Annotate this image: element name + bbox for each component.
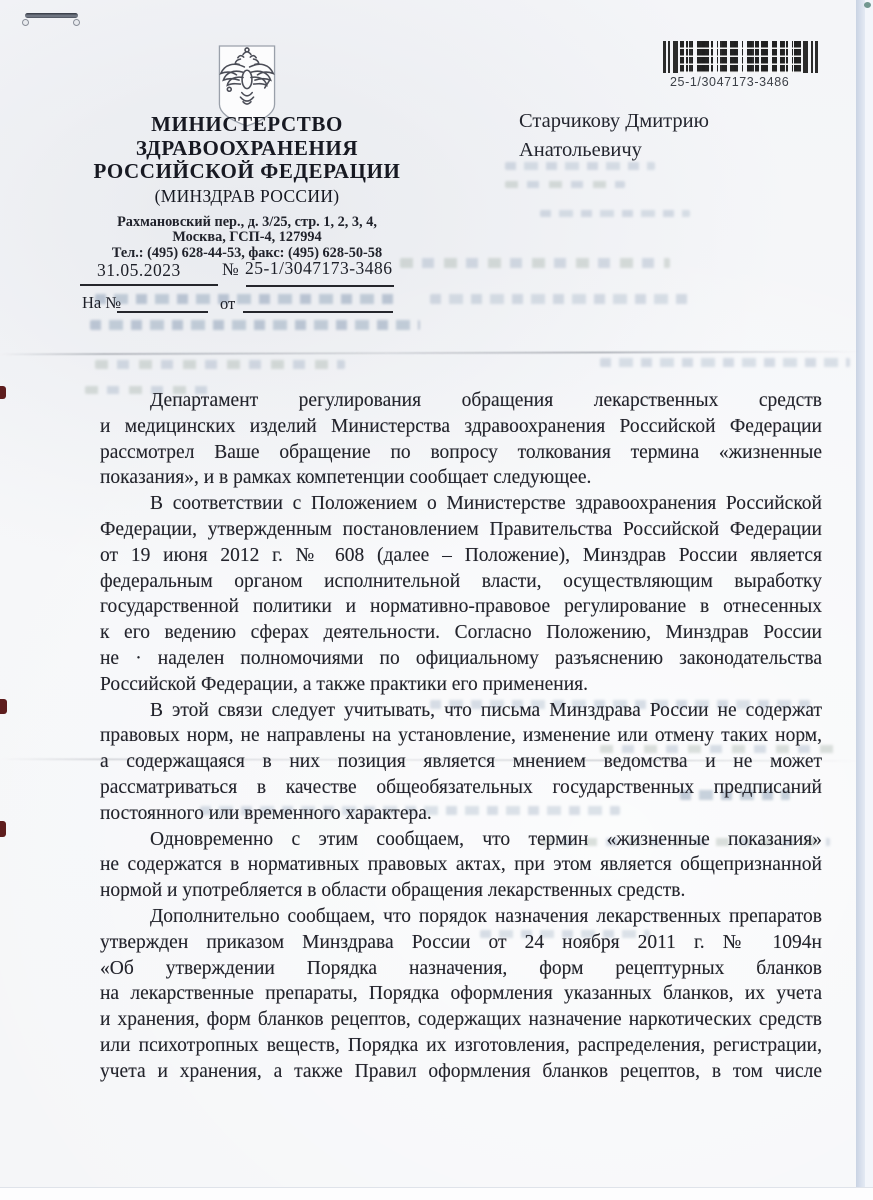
barcode-data-bars: [680, 41, 801, 73]
bleed-through-artifact: [430, 294, 690, 304]
body-line: не · наделен полномочиями по официальном…: [100, 648, 822, 674]
bleed-through-artifact: [90, 320, 420, 330]
recipient-line: Анатольевичу: [519, 136, 709, 165]
paper-fold-crease: [0, 351, 860, 356]
ministry-name-line: МИНИСТЕРСТВО: [40, 113, 454, 137]
body-line: утвержден приказом Минздрава России от 2…: [100, 932, 822, 958]
ministry-name-line: РОССИЙСКОЙ ФЕДЕРАЦИИ: [40, 160, 454, 184]
address-line: Рахмановский пер., д. 3/25, стр. 1, 2, 3…: [40, 215, 454, 231]
reply-number-underline: [117, 311, 208, 313]
body-line: и медицинских изделий Министерства здрав…: [100, 416, 822, 442]
scan-edge-mark: [0, 386, 6, 399]
paragraph: В этой связи следует учитывать, что пись…: [100, 700, 822, 829]
letter-date: 31.05.2023: [97, 260, 181, 281]
body-line: В этой связи следует учитывать, что пись…: [100, 700, 822, 726]
barcode-start-bars: [663, 41, 680, 73]
body-line: показания», и в рамках компетенции сообщ…: [100, 467, 822, 493]
paragraph: Дополнительно сообщаем, что порядок назн…: [100, 906, 822, 1087]
barcode-icon: [663, 41, 818, 73]
ministry-name-line: ЗДРАВООХРАНЕНИЯ: [40, 137, 454, 161]
letter-number: 25-1/3047173-3486: [245, 258, 393, 279]
body-line: постоянного или временного характера.: [100, 803, 822, 829]
reply-to-label: На №: [82, 293, 121, 313]
body-line: государственной политики и нормативно-пр…: [100, 596, 822, 622]
body-line: В соответствии с Положением о Министерст…: [100, 493, 822, 519]
bleed-through-artifact: [505, 181, 625, 188]
staple-leg-mark: [22, 19, 29, 26]
body-line: правовых норм, не направлены на установл…: [100, 725, 822, 751]
bleed-through-artifact: [95, 360, 345, 369]
paragraph: Одновременно с этим сообщаем, что термин…: [100, 829, 822, 906]
recipient-line: Старчикову Дмитрию: [519, 107, 709, 136]
address-line: Москва, ГСП-4, 127994: [40, 230, 454, 246]
body-line: не содержатся в нормативных правовых акт…: [100, 854, 822, 880]
body-line: Федерации, утвержденным постановлением П…: [100, 519, 822, 545]
bleed-through-artifact: [540, 210, 690, 217]
bleed-through-artifact: [600, 358, 850, 367]
reply-date-underline: [243, 311, 393, 313]
body-line: Одновременно с этим сообщаем, что термин…: [100, 829, 822, 855]
body-line: федеральным органом исполнительной власт…: [100, 571, 822, 597]
paragraph: В соответствии с Положением о Министерст…: [100, 493, 822, 699]
body-line: «Об утверждении Порядка назначения, форм…: [100, 958, 822, 984]
barcode-number: 25-1/3047173-3486: [663, 75, 830, 89]
scan-edge-mark: [0, 699, 7, 714]
date-underline: [80, 284, 218, 286]
scan-bottom-edge: [0, 1187, 873, 1200]
staple-leg-mark: [73, 19, 80, 26]
scanned-letter-page: МИНИСТЕРСТВО ЗДРАВООХРАНЕНИЯ РОССИЙСКОЙ …: [0, 0, 873, 1200]
bleed-through-artifact: [95, 294, 395, 304]
reply-date-label: от: [220, 294, 235, 314]
body-line: к его ведению сферах деятельности. Согла…: [100, 622, 822, 648]
staple-mark: [25, 13, 78, 18]
body-line: на лекарственные препараты, Порядка офор…: [100, 983, 822, 1009]
body-line: и хранения, форм бланков рецептов, содер…: [100, 1009, 822, 1035]
body-line: рассмотрел Ваше обращение по вопросу тол…: [100, 442, 822, 468]
body-line: Российской Федерации, а также практики е…: [100, 674, 822, 700]
paragraph: Департамент регулирования обращения лека…: [100, 390, 822, 493]
barcode-stop-bars: [801, 41, 818, 73]
body-line: или психотропных веществ, Порядка их изг…: [100, 1035, 822, 1061]
scan-right-edge-paper: [865, 0, 873, 1200]
letter-body: Департамент регулирования обращения лека…: [100, 390, 822, 1087]
scan-right-edge-band: [856, 0, 865, 1200]
body-line: учета и хранения, а также Правил оформле…: [100, 1061, 822, 1087]
scan-edge-mark: [0, 821, 6, 837]
scan-speck: [864, 2, 871, 8]
body-line: а содержащаяся в них позиция является мн…: [100, 751, 822, 777]
recipient-block: Старчикову Дмитрию Анатольевичу: [519, 107, 709, 165]
ministry-short-name: (МИНЗДРАВ РОССИИ): [40, 186, 454, 207]
body-line: Департамент регулирования обращения лека…: [100, 390, 822, 416]
body-line: от 19 июня 2012 г. № 608 (далее – Положе…: [100, 545, 822, 571]
number-sign: №: [222, 259, 239, 280]
ministry-address: Рахмановский пер., д. 3/25, стр. 1, 2, 3…: [40, 215, 454, 262]
body-line: рассматриваться в качестве общеобязатель…: [100, 777, 822, 803]
body-line: нормой и употребляется в области обращен…: [100, 880, 822, 906]
letterhead: МИНИСТЕРСТВО ЗДРАВООХРАНЕНИЯ РОССИЙСКОЙ …: [40, 113, 454, 261]
body-line: Дополнительно сообщаем, что порядок назн…: [100, 906, 822, 932]
number-underline: [246, 285, 394, 287]
